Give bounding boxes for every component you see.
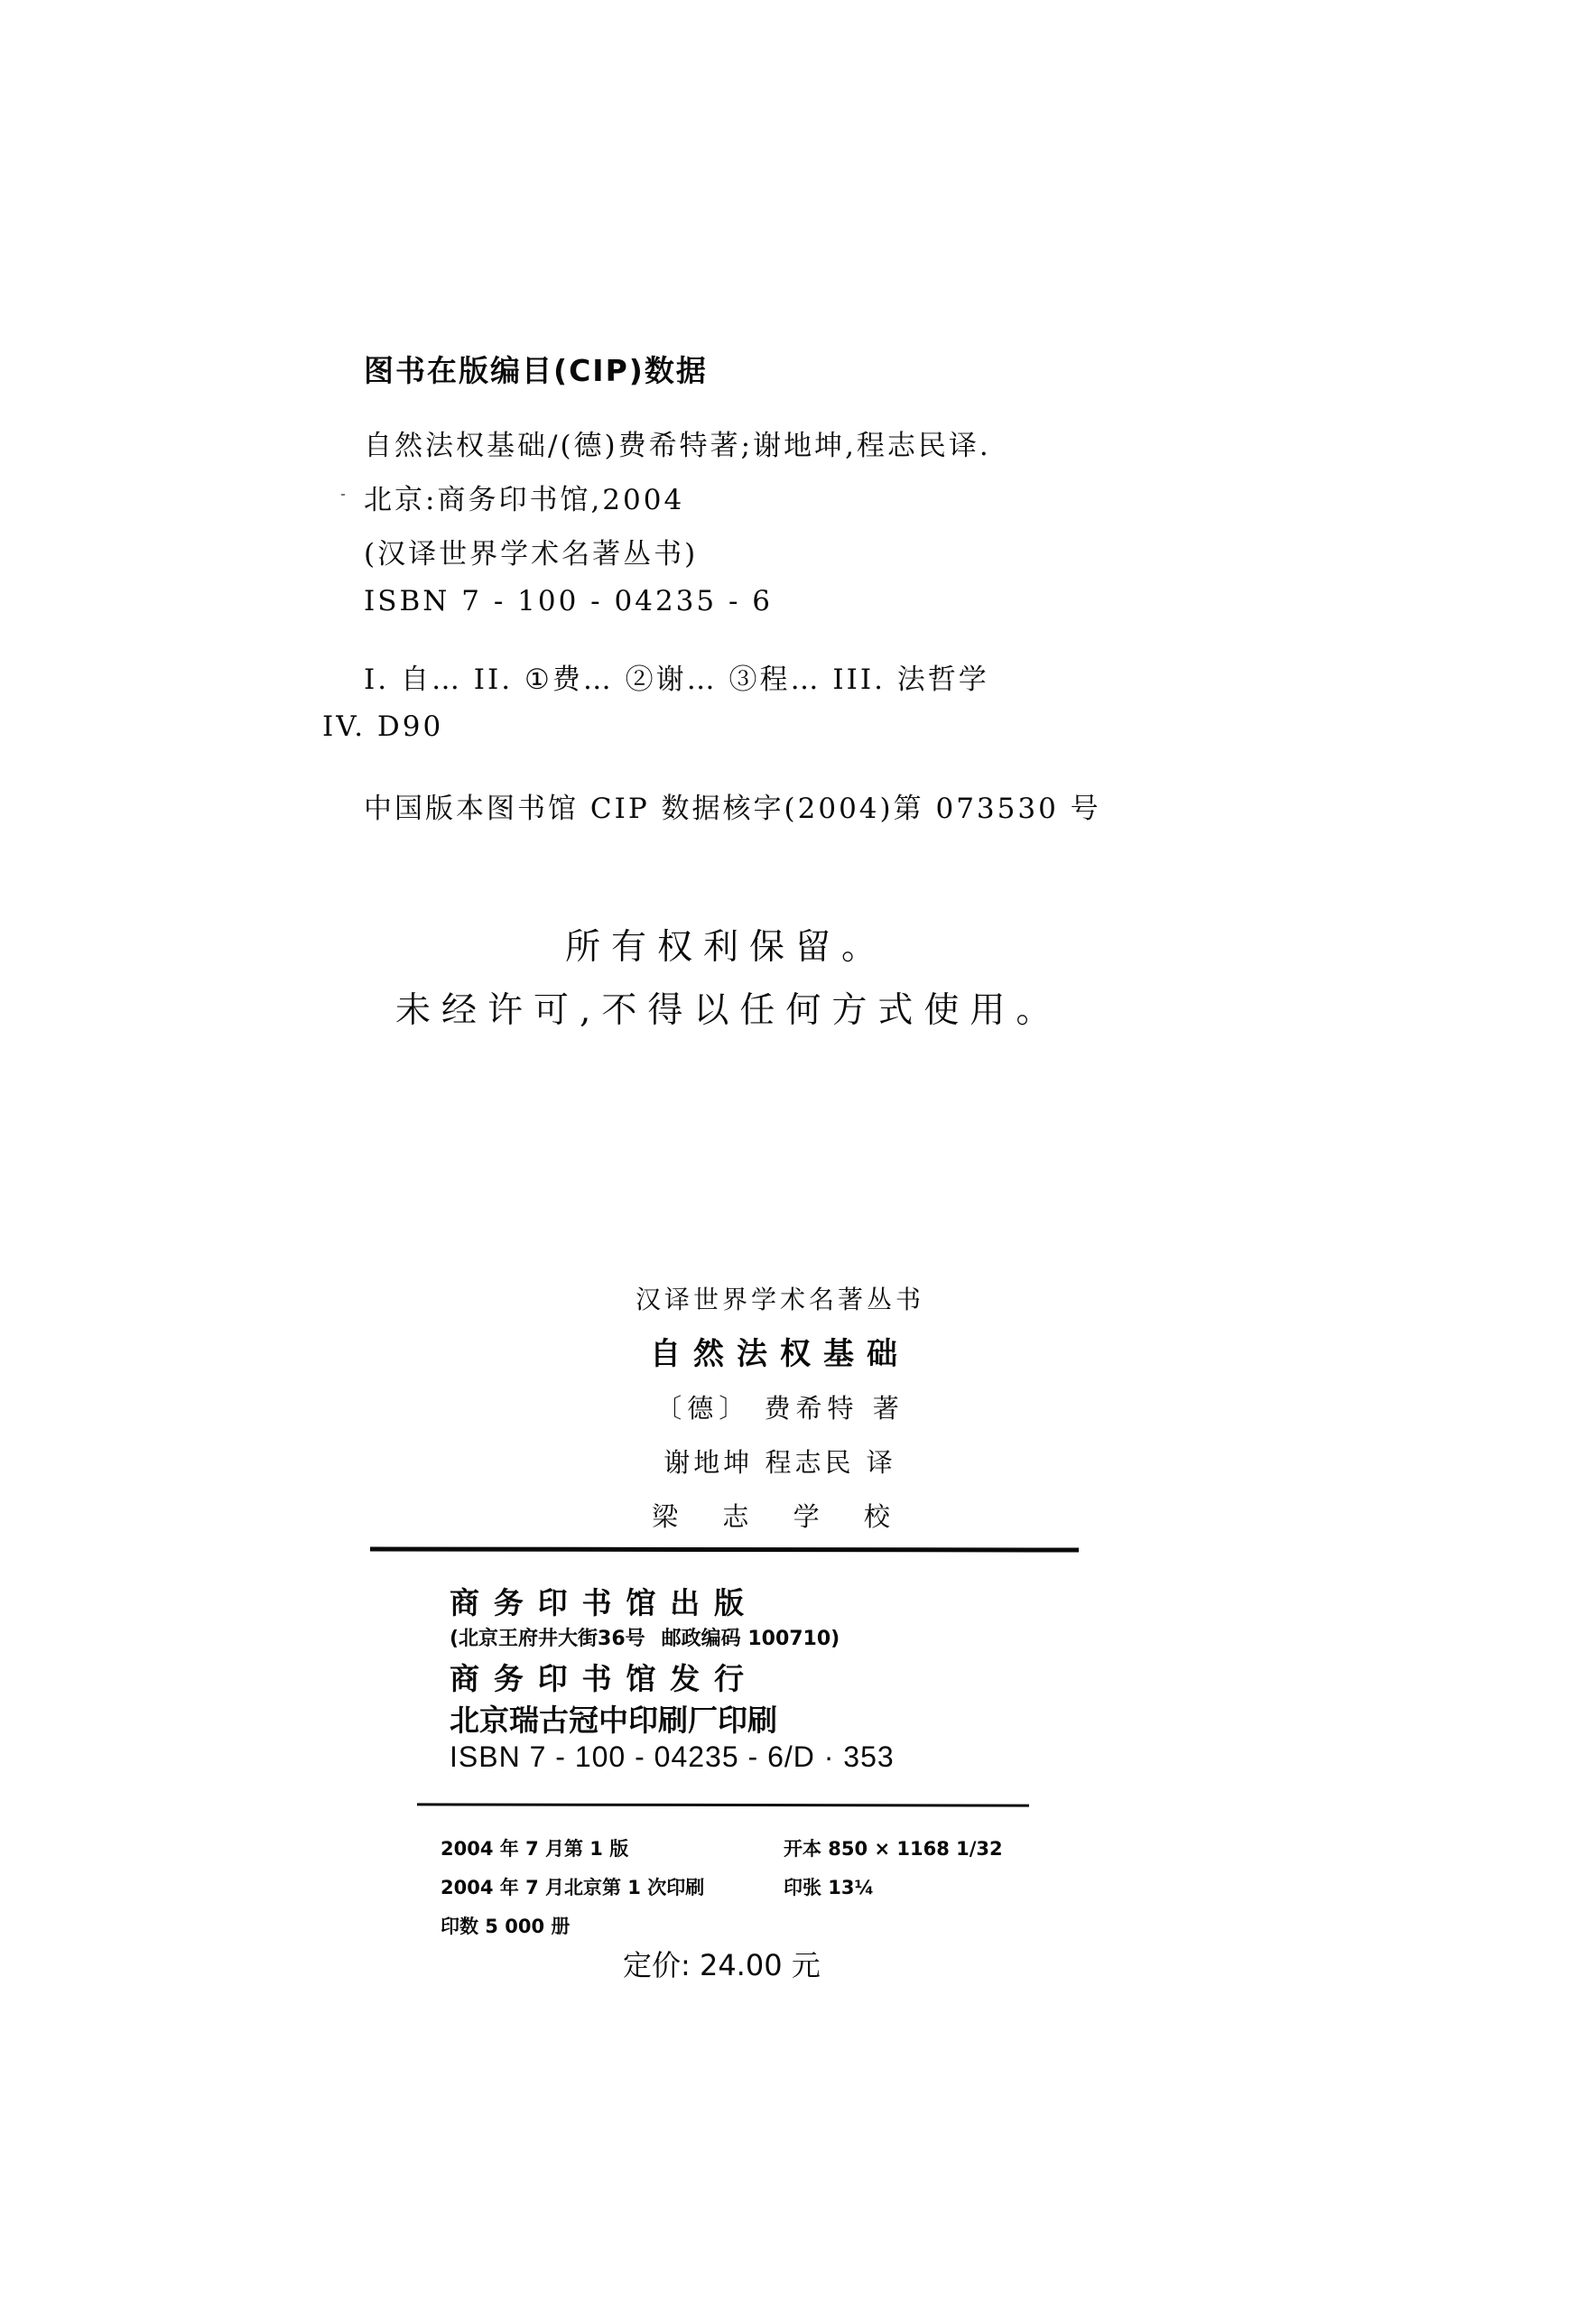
printer-char: 瑞 [509, 1697, 539, 1740]
distributor-char: 印 [538, 1656, 568, 1698]
printer-char: 刷 [747, 1697, 777, 1740]
printer-char: 刷 [658, 1697, 688, 1740]
imprint-isbn: ISBN 7 - 100 - 04235 - 6/D · 353 [450, 1740, 895, 1774]
printer-char: 冠 [569, 1697, 598, 1740]
publisher-char: 商 [450, 1580, 479, 1622]
printer-char: 北 [450, 1697, 479, 1740]
publisher-char: 书 [581, 1580, 611, 1622]
printed-sheets: 印张 13¼ [784, 1873, 874, 1900]
printer-char: 古 [539, 1697, 569, 1740]
book-format: 开本 850 × 1168 1/32 [784, 1834, 1003, 1861]
publisher-line: 商 务 印 书 馆 出 版 [450, 1580, 744, 1622]
cip-classification-line: I. 自… II. ①费… ②谢… ③程… III. 法哲学 [364, 656, 989, 697]
publisher-char: 馆 [626, 1580, 655, 1622]
usage-restriction: 未经许可,不得以任何方式使用。 [395, 982, 1062, 1033]
cip-title-line: 自然法权基础/(德)费希特著;谢地坤,程志民译. [364, 422, 991, 463]
distributor-char: 馆 [626, 1656, 655, 1698]
printer-line: 北 京 瑞 古 冠 中 印 刷 厂 印 刷 [450, 1697, 744, 1740]
first-edition-date: 2004 年 7 月第 1 版 [441, 1834, 628, 1861]
printer-char: 京 [479, 1697, 509, 1740]
distributor-line: 商 务 印 书 馆 发 行 [450, 1656, 744, 1698]
cip-series-line: (汉译世界学术名著丛书) [364, 531, 698, 571]
scan-artifact-dot [341, 494, 345, 496]
rights-reserved: 所有权利保留。 [565, 919, 887, 970]
author-line: 〔德〕 费希特 著 [0, 1388, 1578, 1425]
printer-char: 中 [598, 1697, 628, 1740]
divider-rule-bottom [417, 1803, 1029, 1806]
cip-classification-code: IV. D90 [322, 710, 443, 743]
translator-line: 谢地坤 程志民 译 [0, 1443, 1578, 1480]
cip-isbn-line: ISBN 7 - 100 - 04235 - 6 [364, 585, 773, 617]
cip-publisher-line: 北京:商务印书馆,2004 [364, 477, 684, 517]
printer-char: 印 [628, 1697, 658, 1740]
first-printing-date: 2004 年 7 月北京第 1 次印刷 [441, 1873, 704, 1900]
distributor-char: 发 [670, 1656, 700, 1698]
book-title: 自然法权基础 [0, 1329, 1578, 1373]
distributor-char: 商 [450, 1656, 479, 1698]
print-run: 印数 5 000 册 [441, 1912, 570, 1939]
printer-char: 厂 [688, 1697, 718, 1740]
cip-verification-number: 中国版本图书馆 CIP 数据核字(2004)第 073530 号 [364, 785, 1101, 826]
series-name: 汉译世界学术名著丛书 [0, 1280, 1578, 1316]
distributor-char: 行 [714, 1656, 744, 1698]
proofreader-line: 梁 志 学 校 [0, 1497, 1578, 1534]
distributor-char: 务 [494, 1656, 524, 1698]
street-address: (北京王府井大街36号 [450, 1628, 645, 1650]
publisher-address: (北京王府井大街36号邮政编码 100710) [450, 1623, 840, 1651]
publisher-char: 印 [538, 1580, 568, 1622]
publisher-char: 版 [714, 1580, 744, 1622]
printer-char: 印 [718, 1697, 747, 1740]
cip-heading: 图书在版编目(CIP)数据 [364, 348, 708, 390]
postal-code: 邮政编码 100710) [662, 1628, 840, 1650]
book-price: 定价: 24.00 元 [623, 1943, 821, 1984]
distributor-char: 书 [581, 1656, 611, 1698]
publisher-char: 出 [670, 1580, 700, 1622]
publisher-char: 务 [494, 1580, 524, 1622]
divider-rule-top [370, 1546, 1079, 1552]
